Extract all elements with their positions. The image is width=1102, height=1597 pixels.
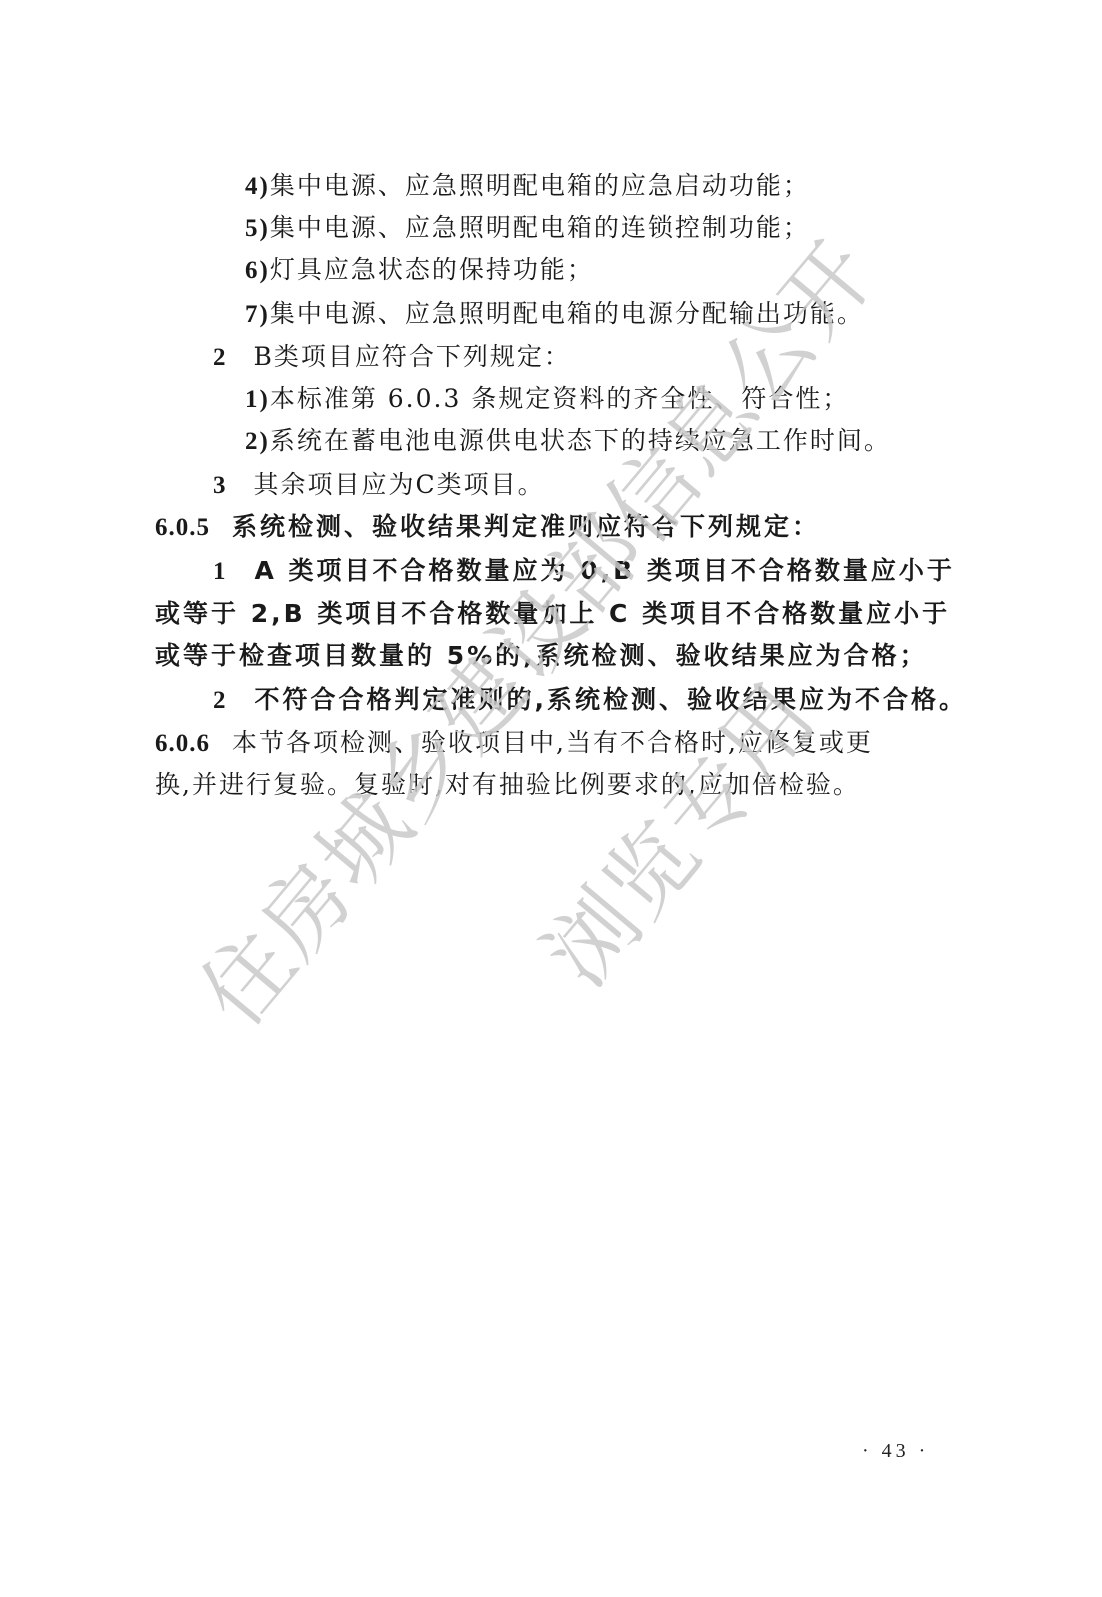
item-number: 4): [245, 173, 270, 200]
clause-title: 系统检测、验收结果判定准则应符合下列规定：: [232, 512, 820, 541]
item-text: 集中电源、应急照明配电箱的连锁控制功能；: [270, 213, 810, 242]
list-item: 4)集中电源、应急照明配电箱的应急启动功能；: [245, 171, 1045, 202]
list-item: 6)灯具应急状态的保持功能；: [245, 255, 1045, 286]
item-number: 7): [245, 301, 270, 328]
item-number: 3: [213, 472, 228, 499]
item-number: 5): [245, 215, 270, 242]
list-item: 7)集中电源、应急照明配电箱的电源分配输出功能。: [245, 299, 1045, 330]
item-text: B类项目应符合下列规定：: [254, 342, 571, 371]
clause-number: 6.0.6: [155, 730, 210, 757]
list-item: 5)集中电源、应急照明配电箱的连锁控制功能；: [245, 213, 1045, 244]
clause-number: 6.0.5: [155, 514, 210, 541]
item-text: 集中电源、应急照明配电箱的应急启动功能；: [270, 171, 810, 200]
item-text: 不符合合格判定准则的,系统检测、验收结果应为不合格。: [255, 685, 968, 714]
item-number: 2: [213, 687, 229, 714]
item-text: 系统在蓄电池电源供电状态下的持续应急工作时间。: [270, 426, 891, 455]
item-number: 6): [245, 257, 270, 284]
item-text: 其余项目应为C类项目。: [254, 470, 545, 499]
clause-606-cont: 换,并进行复验。复验时,对有抽验比例要求的,应加倍检验。: [155, 770, 955, 800]
list-item: 2B类项目应符合下列规定：: [213, 342, 1013, 373]
item-number: 1: [213, 558, 229, 585]
item-number: 2: [213, 344, 228, 371]
document-page: 4)集中电源、应急照明配电箱的应急启动功能； 5)集中电源、应急照明配电箱的连锁…: [0, 0, 1102, 1597]
item-number: 2): [245, 428, 270, 455]
clause-605-item-2: 2不符合合格判定准则的,系统检测、验收结果应为不合格。: [213, 685, 1013, 716]
item-number: 1): [245, 386, 270, 413]
page-number: · 43 ·: [862, 1440, 929, 1463]
item-text: 灯具应急状态的保持功能；: [270, 255, 594, 284]
